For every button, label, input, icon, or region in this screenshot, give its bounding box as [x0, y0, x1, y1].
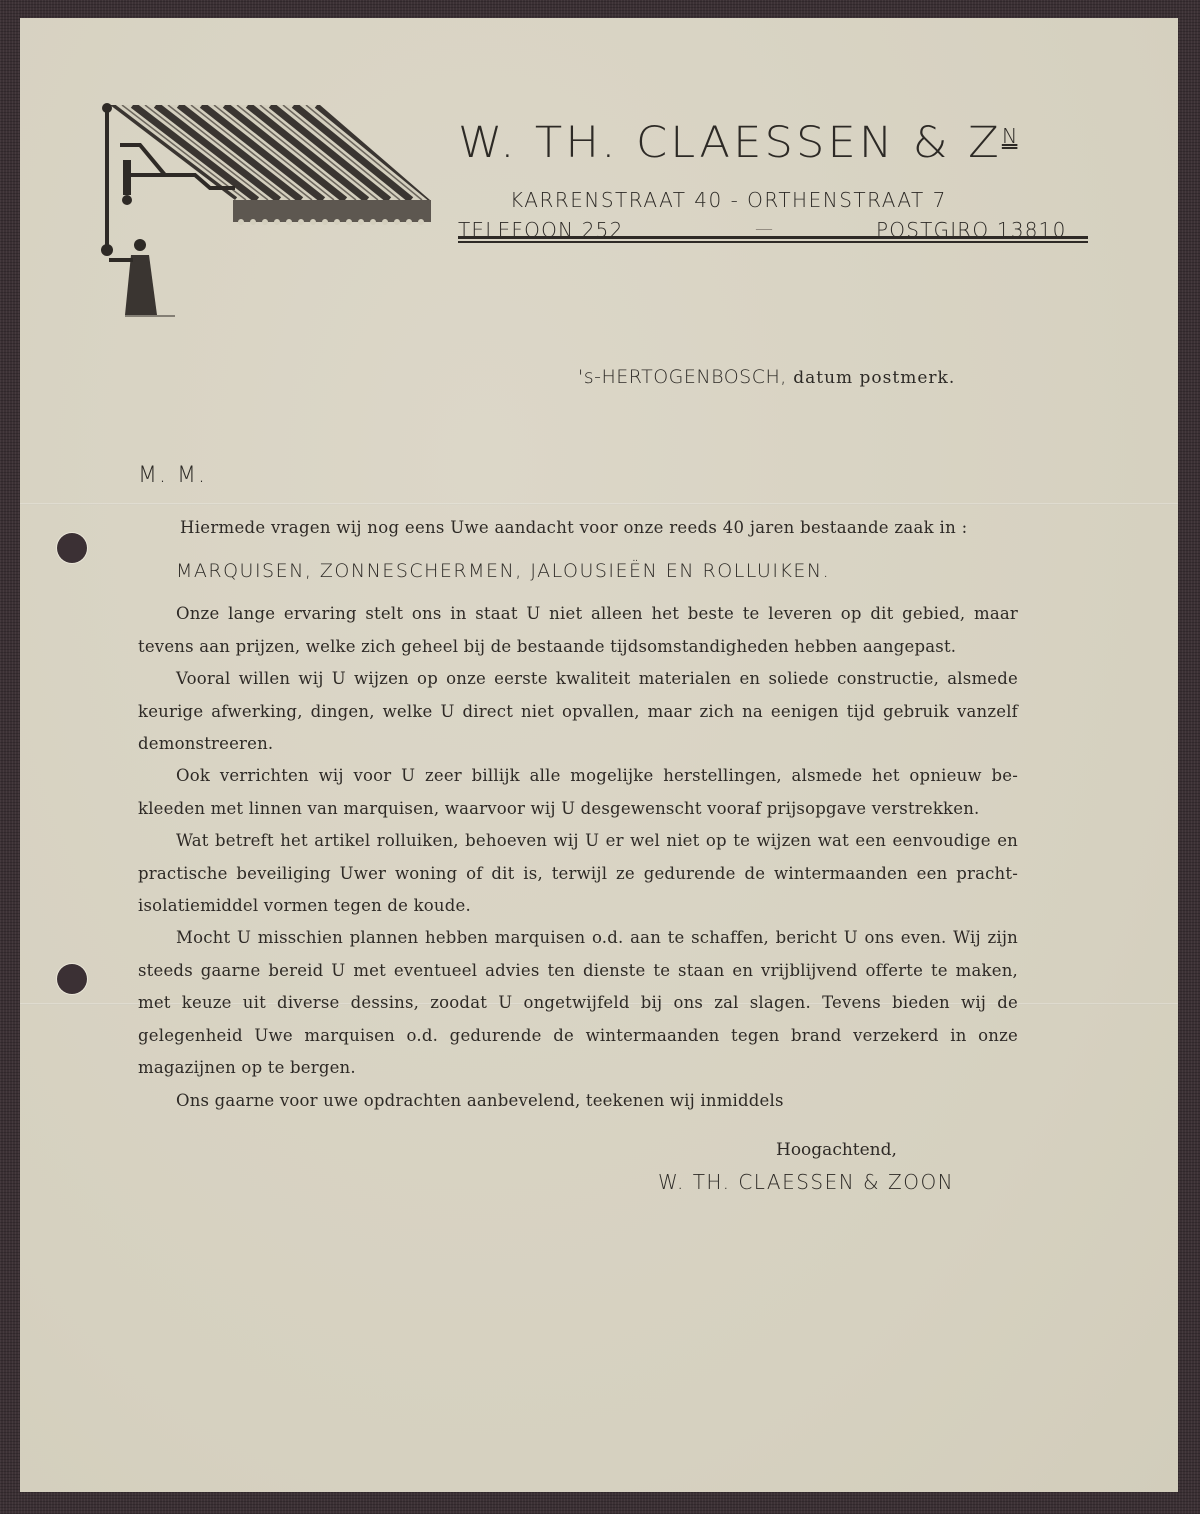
fold-line [20, 503, 1178, 505]
paragraph: Mocht U misschien plannen hebben marquis… [138, 922, 1018, 1085]
letterhead-rule [458, 236, 1088, 239]
paragraph: Ook verrichten wij voor U zeer billijk a… [138, 760, 1018, 825]
paragraph: Vooral willen wij U wijzen op onze eerst… [138, 663, 1018, 761]
salutation: M. M. [138, 463, 207, 488]
paragraph: Ons gaarne voor uwe opdrachten aanbevele… [138, 1085, 1018, 1118]
awning-illustration [95, 100, 440, 320]
firm-name: W. TH. CLAESSEN & ZN [458, 118, 1017, 168]
paragraph: Wat betreft het artikel rolluiken, behoe… [138, 825, 1018, 923]
place-date: 's-HERTOGENBOSCH, datum postmerk. [578, 366, 955, 388]
punch-hole [57, 964, 87, 994]
product-list: MARQUISEN, ZONNESCHERMEN, JALOUSIEËN EN … [176, 560, 830, 582]
paragraph: Onze lange ervaring stelt ons in staat U… [138, 598, 1018, 663]
intro-line: Hiermede vragen wij nog eens Uwe aandach… [180, 518, 967, 537]
signature: W. TH. CLAESSEN & ZOON [658, 1170, 954, 1194]
firm-address: KARRENSTRAAT 40 - ORTHENSTRAAT 7 [510, 188, 947, 212]
letterhead-rule [458, 241, 1088, 243]
punch-hole [57, 533, 87, 563]
closing: Hoogachtend, [776, 1140, 897, 1160]
